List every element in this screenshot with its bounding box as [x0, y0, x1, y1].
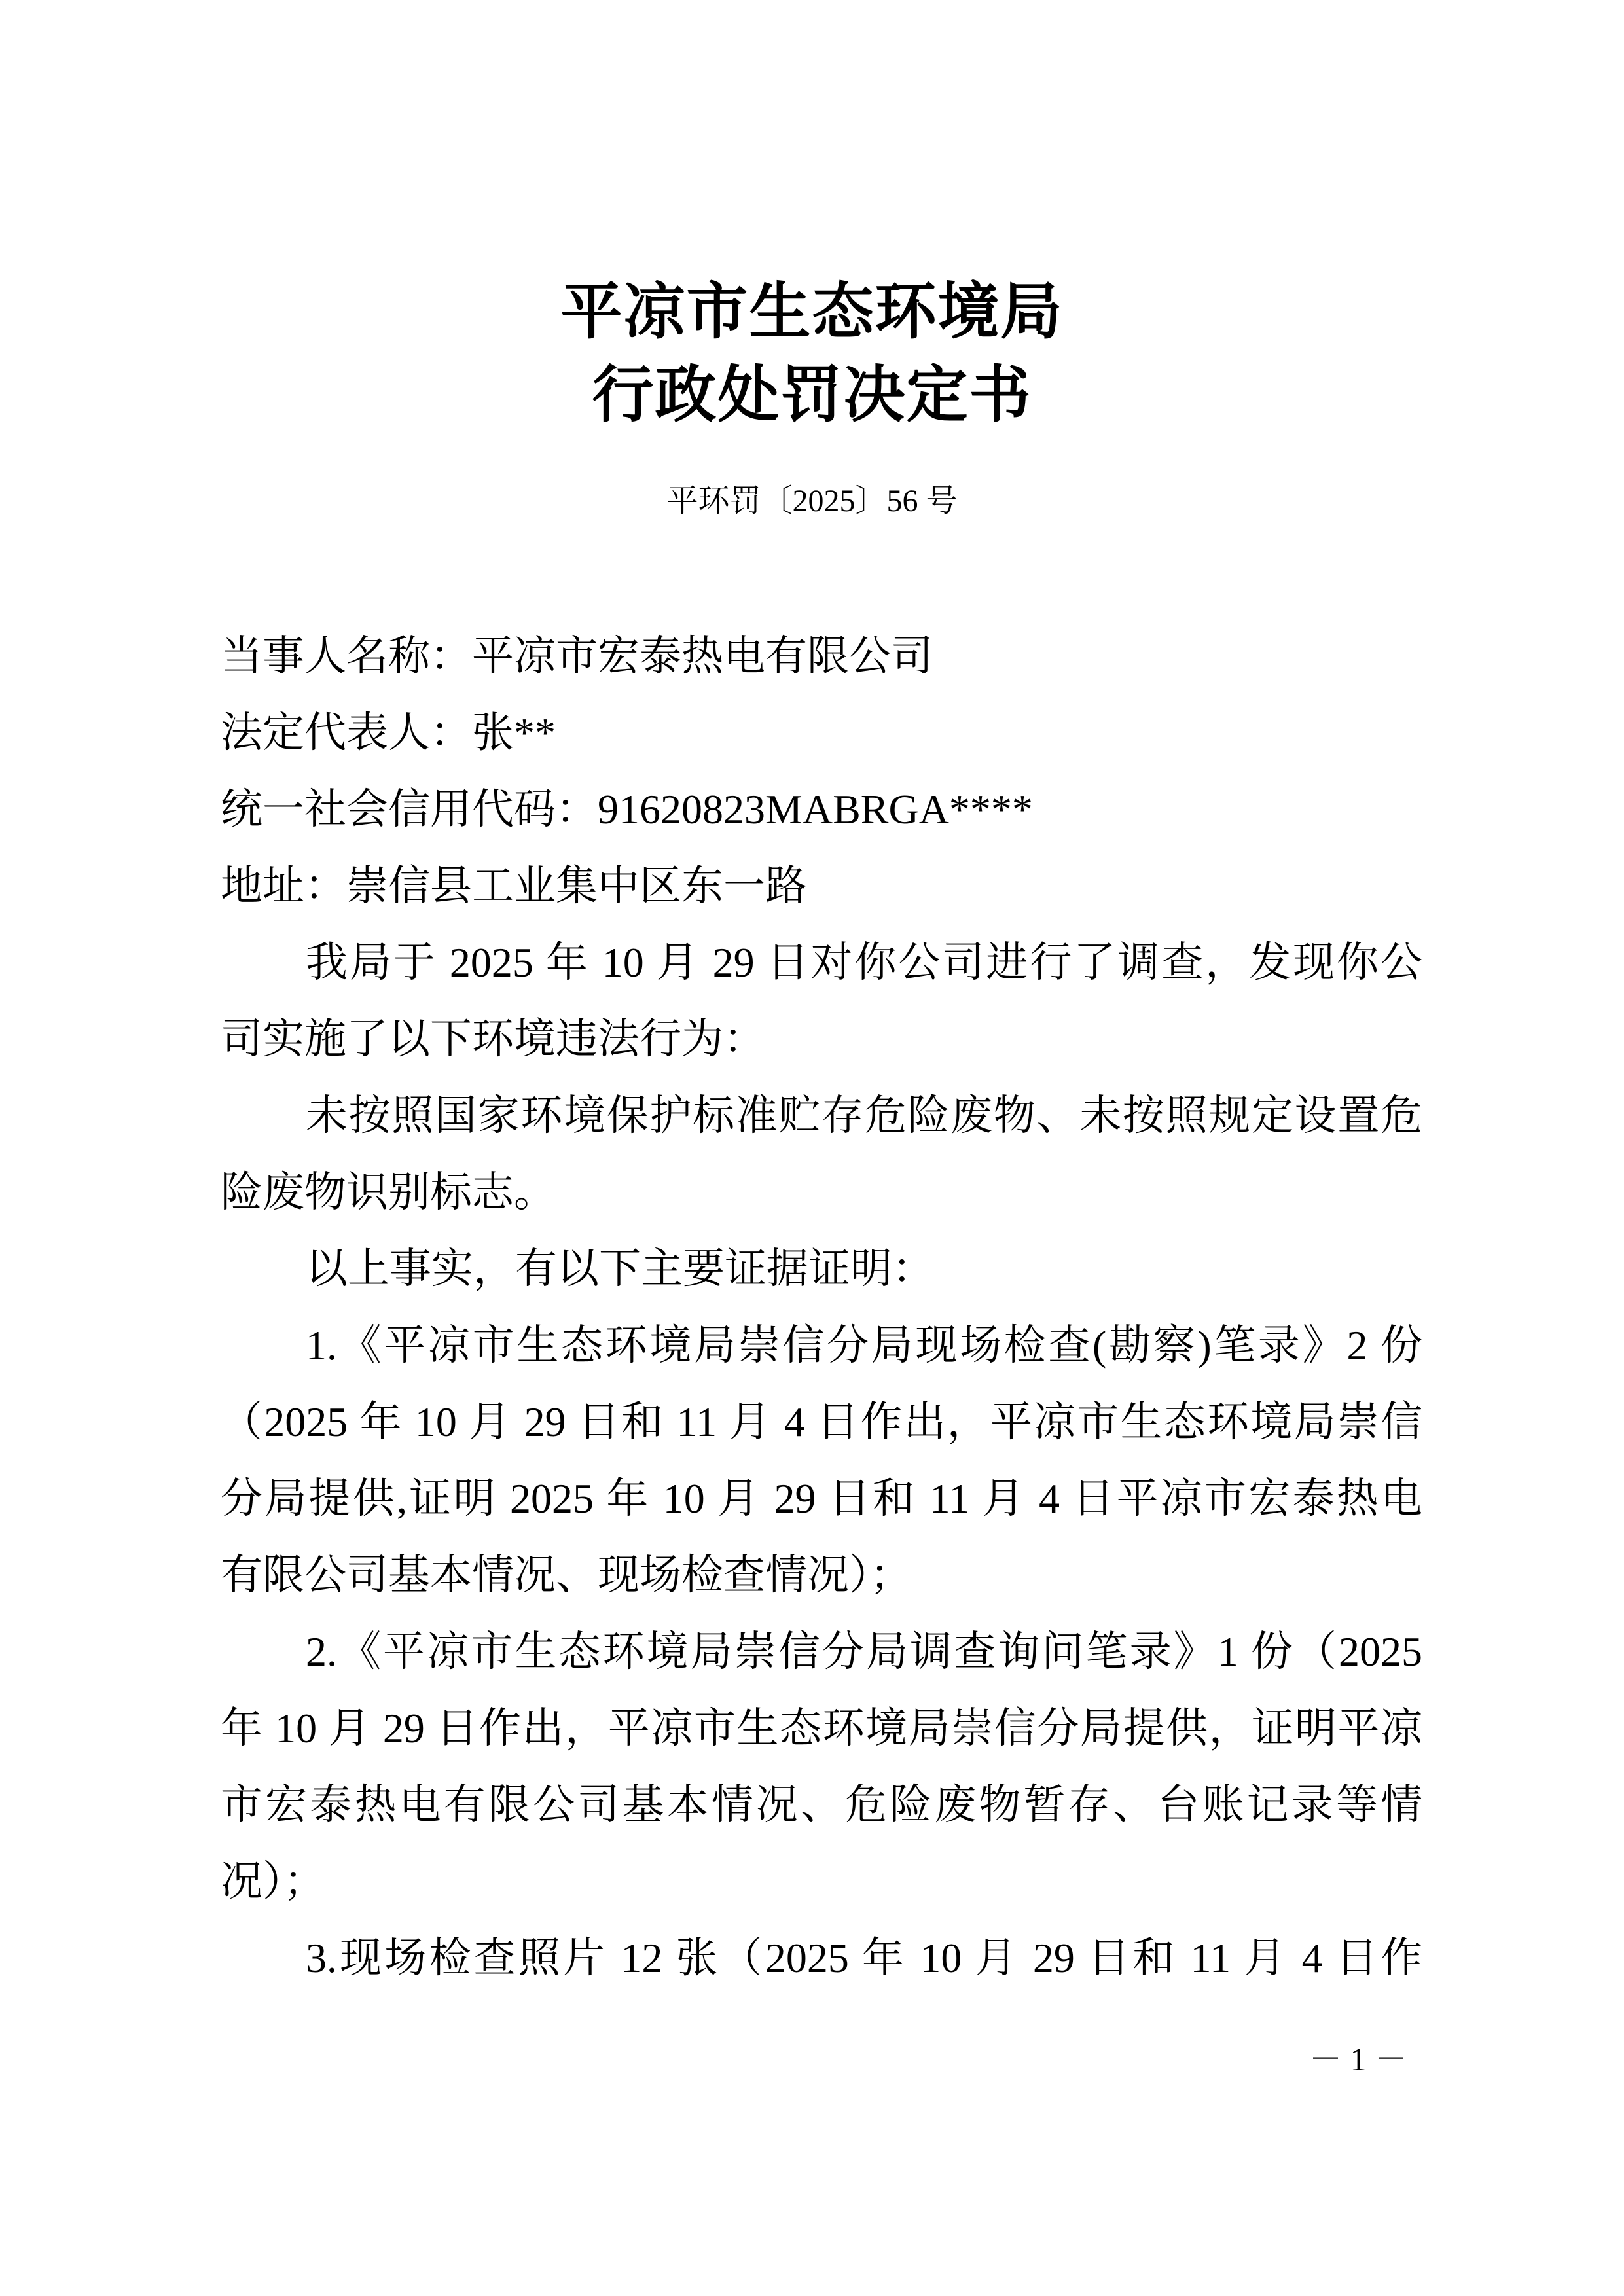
body-line-5: 我局于 2025 年 10 月 29 日对你公司进行了调查，发现你公 [221, 924, 1422, 1001]
body-line-2: 法定代表人：张** [221, 694, 1422, 771]
body-line-11: （2025 年 10 月 29 日和 11 月 4 日作出，平凉市生态环境局崇信 [221, 1384, 1422, 1460]
body-line-10: 1.《平凉市生态环境局崇信分局现场检查(勘察)笔录》2 份 [221, 1307, 1422, 1384]
document-title-line1: 平凉市生态环境局 [0, 271, 1624, 354]
document-title: 平凉市生态环境局 行政处罚决定书 [0, 271, 1624, 437]
body-line-7: 未按照国家环境保护标准贮存危险废物、未按照规定设置危 [221, 1077, 1422, 1154]
body-line-18: 3.现场检查照片 12 张（2025 年 10 月 29 日和 11 月 4 日… [221, 1920, 1422, 1996]
document-page: 平凉市生态环境局 行政处罚决定书 平环罚〔2025〕56 号 当事人名称：平凉市… [0, 0, 1624, 2296]
document-body: 当事人名称：平凉市宏泰热电有限公司 法定代表人：张** 统一社会信用代码：916… [221, 618, 1422, 1996]
body-line-3: 统一社会信用代码：91620823MABRGA**** [221, 771, 1422, 848]
body-line-6: 司实施了以下环境违法行为： [221, 1001, 1422, 1077]
body-line-4: 地址：崇信县工业集中区东一路 [221, 848, 1422, 924]
document-number: 平环罚〔2025〕56 号 [0, 480, 1624, 523]
document-title-line2: 行政处罚决定书 [0, 354, 1624, 437]
body-line-13: 有限公司基本情况、现场检查情况）； [221, 1537, 1422, 1613]
page-number: － 1 － [1309, 2039, 1407, 2079]
body-line-1: 当事人名称：平凉市宏泰热电有限公司 [221, 618, 1422, 694]
body-line-8: 险废物识别标志。 [221, 1154, 1422, 1230]
body-line-16: 市宏泰热电有限公司基本情况、危险废物暂存、台账记录等情 [221, 1767, 1422, 1843]
body-line-9: 以上事实，有以下主要证据证明： [221, 1230, 1422, 1307]
body-line-17: 况）； [221, 1843, 1422, 1920]
body-line-15: 年 10 月 29 日作出，平凉市生态环境局崇信分局提供，证明平凉 [221, 1690, 1422, 1767]
body-line-14: 2.《平凉市生态环境局崇信分局调查询问笔录》1 份（2025 [221, 1613, 1422, 1690]
body-line-12: 分局提供,证明 2025 年 10 月 29 日和 11 月 4 日平凉市宏泰热… [221, 1460, 1422, 1537]
